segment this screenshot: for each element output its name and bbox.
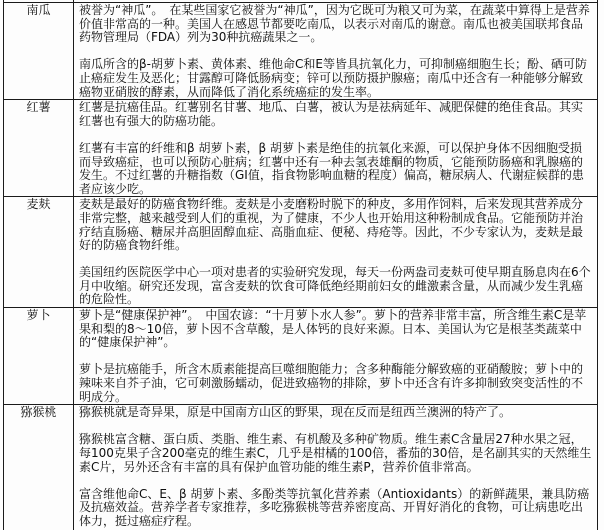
table-row-wheat-bran: 麦麸 麦麸是最好的防癌食物纤维。麦麸是小麦磨粉时脱下的种皮，多用作饲料，后来发现…: [4, 197, 598, 308]
row-content-radish: 萝卜是“健康保护神”。 中国农谚：“十月萝卜水人参”。萝卜的营养非常丰富，所含维…: [74, 308, 598, 405]
anticancer-foods-table: 南瓜 被誉为“神瓜”。 在某些国家它被誉为“神瓜”，因为它既可为粮又可为菜，在蔬…: [3, 0, 598, 530]
row-label-kiwi: 猕猴桃: [4, 405, 74, 530]
row-content-pumpkin: 被誉为“神瓜”。 在某些国家它被誉为“神瓜”，因为它既可为粮又可为菜，在蔬菜中算…: [74, 3, 598, 100]
row-label-pumpkin: 南瓜: [4, 3, 74, 100]
table-row-sweet-potato: 红薯 红薯是抗癌佳品。红薯别名甘薯、地瓜、白薯，被认为是祛病延年、减肥保健的绝佳…: [4, 100, 598, 197]
row-label-sweet-potato: 红薯: [4, 100, 74, 197]
row-content-sweet-potato: 红薯是抗癌佳品。红薯别名甘薯、地瓜、白薯，被认为是祛病延年、减肥保健的绝佳食品。…: [74, 100, 598, 197]
anticancer-foods-page: 南瓜 被誉为“神瓜”。 在某些国家它被誉为“神瓜”，因为它既可为粮又可为菜，在蔬…: [0, 0, 604, 530]
row-label-radish: 萝卜: [4, 308, 74, 405]
row-content-kiwi: 猕猴桃就是奇异果，原是中国南方山区的野果，现在反而是纽西兰澳洲的特产了。 猕猴桃…: [74, 405, 598, 530]
table-row-kiwi: 猕猴桃 猕猴桃就是奇异果，原是中国南方山区的野果，现在反而是纽西兰澳洲的特产了。…: [4, 405, 598, 530]
table-row-pumpkin: 南瓜 被誉为“神瓜”。 在某些国家它被誉为“神瓜”，因为它既可为粮又可为菜，在蔬…: [4, 3, 598, 100]
row-content-wheat-bran: 麦麸是最好的防癌食物纤维。麦麸是小麦磨粉时脱下的种皮，多用作饲料，后来发现其营养…: [74, 197, 598, 308]
row-label-wheat-bran: 麦麸: [4, 197, 74, 308]
table-row-radish: 萝卜 萝卜是“健康保护神”。 中国农谚：“十月萝卜水人参”。萝卜的营养非常丰富，…: [4, 308, 598, 405]
